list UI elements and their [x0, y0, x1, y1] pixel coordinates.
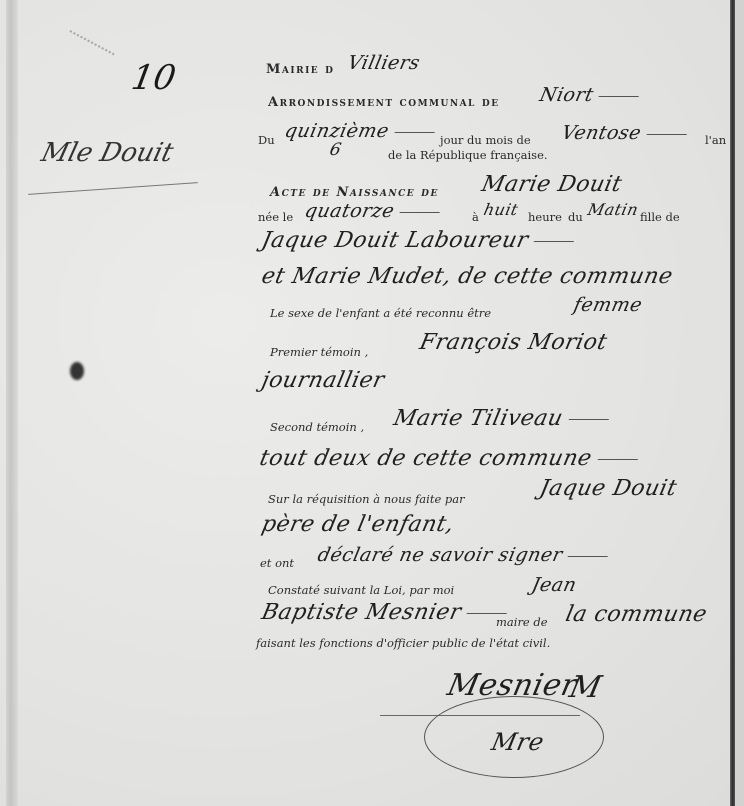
arrondissement-value: Niort: [538, 84, 642, 106]
second-witness-name: Marie Tiliveau: [391, 406, 611, 431]
ink-blot: [70, 362, 84, 380]
officer-name-line: Baptiste Mesnier: [259, 600, 509, 625]
fonctions-label: faisant les fonctions d'officier public …: [256, 636, 550, 650]
date-prefix: Du: [258, 133, 275, 147]
officer-role-hand: la commune: [563, 602, 709, 627]
time-prefix: du: [568, 210, 583, 224]
year-label: l'an: [705, 133, 726, 147]
time-value: Matin: [586, 200, 640, 219]
constate-label: Constaté suivant la Loi, par moi: [268, 583, 454, 597]
witnesses-commune-line: tout deux de cette commune: [257, 446, 640, 471]
officer-role-printed: maire de: [496, 615, 548, 629]
month-value: Ventose: [560, 122, 690, 144]
declared-value: déclaré ne savoir signer: [316, 544, 611, 566]
next-page-strip: [735, 0, 744, 806]
first-witness-name: François Moriot: [417, 330, 609, 355]
requisition-relation: père de l'enfant,: [259, 512, 456, 537]
hour-value: huit: [482, 200, 520, 219]
requisition-name: Jaque Douit: [537, 476, 679, 501]
hour-prefix: à: [472, 210, 479, 224]
declared-prefix: et ont: [260, 556, 294, 570]
signature-paraph: M: [566, 670, 605, 705]
officer-first-name: Jean: [530, 574, 579, 596]
sex-value: femme: [572, 294, 645, 316]
record-number: 10: [128, 58, 178, 98]
month-label: jour du mois de: [440, 133, 531, 147]
father-line: Jaque Douit Laboureur: [259, 228, 576, 253]
mother-line: et Marie Mudet, de cette commune: [259, 264, 675, 289]
requisition-label: Sur la réquisition à nous faite par: [268, 492, 465, 506]
mairie-value: Villiers: [346, 52, 422, 74]
sex-label: Le sexe de l'enfant a été reconnu être: [270, 306, 491, 320]
republic-label: de la République française.: [388, 148, 548, 162]
born-day: quatorze: [303, 200, 443, 222]
margin-annotation: Mle Douit: [38, 138, 176, 168]
acte-label: Acte de Naissance de: [270, 185, 439, 200]
arrondissement-label: Arrondissement communal de: [268, 95, 500, 110]
first-witness-occupation: journallier: [259, 368, 387, 393]
margin-underline: [28, 182, 198, 195]
year-value: 6: [328, 140, 344, 160]
born-label: née le: [258, 210, 293, 224]
filiation-label: fille de: [640, 210, 680, 224]
faded-stamp-mark: [55, 30, 114, 82]
child-name: Marie Douit: [479, 172, 624, 197]
first-witness-label: Premier témoin ,: [270, 345, 368, 359]
hour-label: heure: [528, 210, 562, 224]
second-witness-label: Second témoin ,: [270, 420, 364, 434]
day-value: quinzième: [283, 120, 437, 142]
mairie-label: Mairie d: [266, 62, 334, 77]
page-left-edge: [6, 0, 18, 806]
signature-name: Mesnier: [444, 668, 580, 703]
signature-title: Mre: [489, 728, 547, 756]
document-page: 10 Mle Douit Mairie d Villiers Arrondiss…: [0, 0, 744, 806]
